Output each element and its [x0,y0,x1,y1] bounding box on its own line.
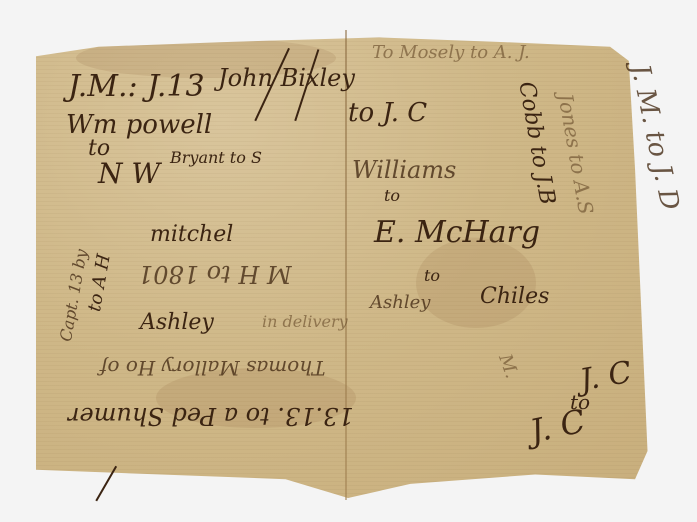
handwritten-line: N W [98,160,160,188]
handwritten-vertical: J. M. to J. D [652,62,697,88]
handwritten-line-inverted: Thomas Mallory Ho of [100,358,326,378]
handwritten-line: Williams [352,158,456,182]
handwritten-line: in delivery [262,314,348,330]
handwritten-line: Ashley [370,294,430,312]
handwritten-line-inverted: 13.13. to a Ped Shumer [68,404,354,428]
handwritten-vertical: M. [512,352,536,370]
handwritten-to: to [424,268,440,284]
handwritten-name: John Bixley [218,66,355,90]
handwritten-line: Chiles [480,286,549,308]
handwritten-faded-line: To Mosely to A. J. [372,44,530,62]
handwritten-line: Ashley [140,312,214,334]
handwritten-to: to [384,188,400,204]
handwritten-line: J.M.: J.13 [68,72,205,102]
handwritten-line: Bryant to S [170,150,262,166]
handwritten-line-inverted: M H to 1801 [138,262,292,286]
handwritten-line: mitchel [150,224,233,246]
handwritten-name: E. McHarg [374,218,540,248]
handwritten-line: Wm powell [66,112,212,138]
handwritten-line: to J. C [348,100,427,126]
